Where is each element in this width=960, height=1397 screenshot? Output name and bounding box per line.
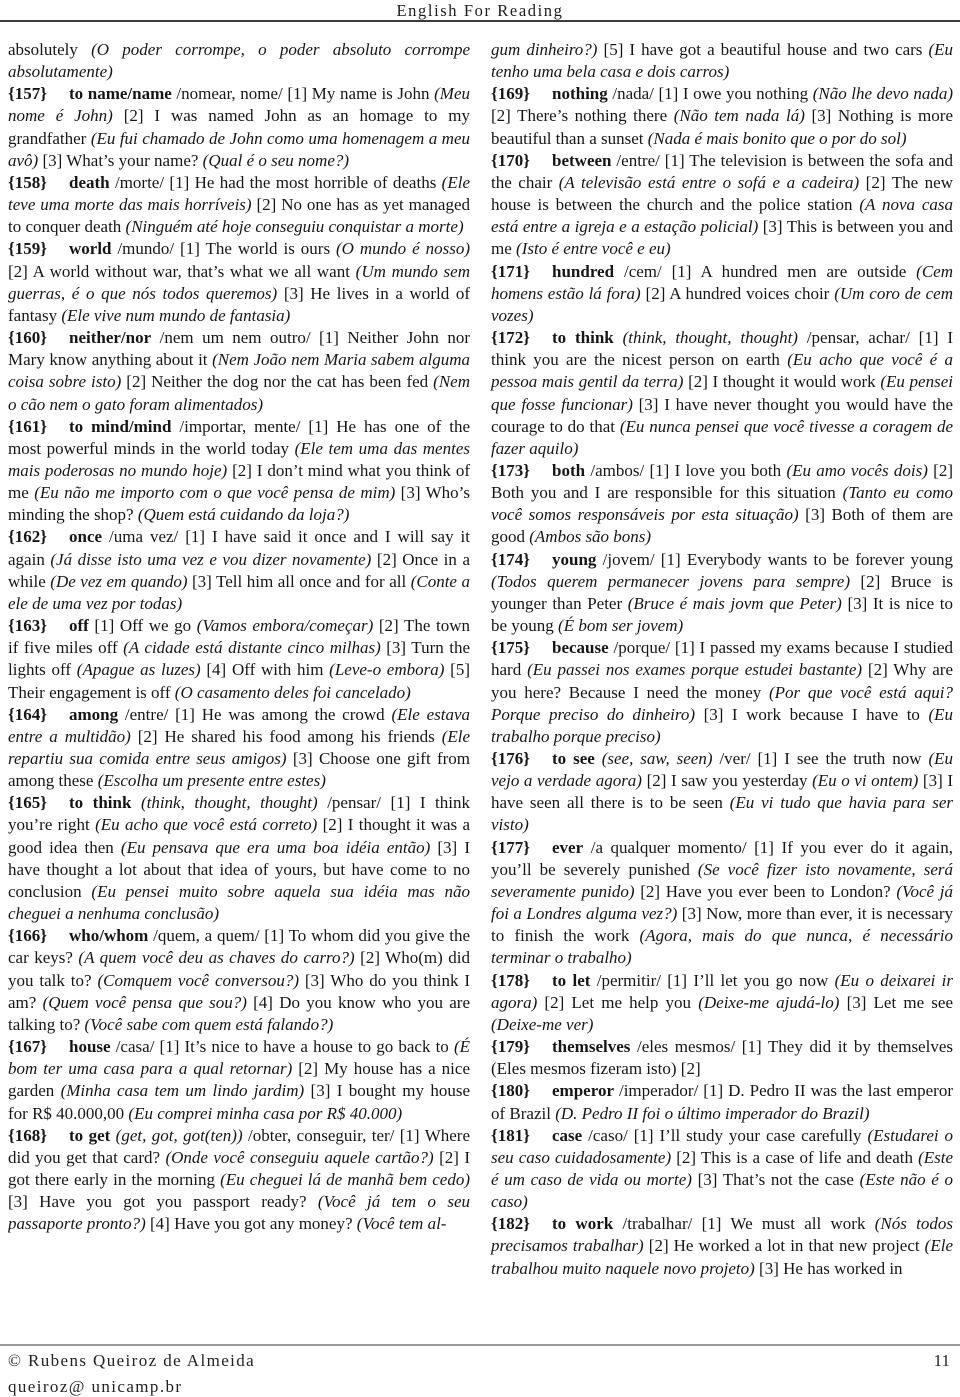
entry-number: {175} — [491, 638, 530, 657]
entry-segment-italic: (Vamos embora/começar) — [197, 616, 374, 635]
dictionary-entry: {179}themselves /eles mesmos/ [1] They d… — [491, 1036, 953, 1080]
entry-segment-italic: (Deixe-me ajudá-lo) — [698, 993, 839, 1012]
entry-segment: /trabalhar/ [1] We must all work — [613, 1214, 875, 1233]
entry-headword: to think — [552, 328, 614, 347]
entry-segment-italic: (think, thought, thought) — [614, 328, 798, 347]
entry-segment-italic: (D. Pedro II foi o último imperador do B… — [555, 1104, 869, 1123]
entry-segment-italic: (Isto é entre você e eu) — [516, 239, 671, 258]
entry-segment-italic: (Todos querem permanecer jovens para sem… — [491, 572, 850, 591]
entry-segment: /entre/ [1] He was among the crowd — [118, 705, 391, 724]
entry-segment-italic: (Você tem al- — [357, 1214, 447, 1233]
entry-number: {166} — [8, 926, 47, 945]
entry-segment-italic: (A cidade está distante cinco milhas) — [123, 638, 381, 657]
entry-segment: [2] He worked a lot in that new project — [644, 1236, 925, 1255]
dictionary-entry: {170}between /entre/ [1] The television … — [491, 150, 953, 261]
entry-segment-italic: (think, thought, thought) — [131, 793, 317, 812]
dictionary-entry: {178}to let /permitir/ [1] I’ll let you … — [491, 970, 953, 1036]
entry-number: {162} — [8, 527, 47, 546]
entry-segment-italic: (Eu comprei minha casa por R$ 40.000) — [128, 1104, 402, 1123]
entry-segment: [4] Off with him — [201, 660, 330, 679]
entry-number: {172} — [491, 328, 530, 347]
entry-number: {161} — [8, 417, 47, 436]
entry-segment-italic: (Ninguém até hoje conseguiu conquistar a… — [126, 217, 464, 236]
entry-segment-italic: gum dinheiro?) — [491, 40, 597, 59]
dictionary-entry: {181}case /caso/ [1] I’ll study your cas… — [491, 1125, 953, 1214]
dictionary-entry: {166}who/whom /quem, a quem/ [1] To whom… — [8, 925, 470, 1036]
entry-segment-italic: (Ambos são bons) — [529, 527, 651, 546]
entry-number: {180} — [491, 1081, 530, 1100]
entry-segment-italic: (Nada é mais bonito que o por do sol) — [648, 129, 907, 148]
dictionary-entry: {160}neither/nor /nem um nem outro/ [1] … — [8, 327, 470, 416]
entry-headword: between — [552, 151, 611, 170]
entry-headword: themselves — [552, 1037, 630, 1056]
entry-segment-italic: (É bom ser jovem) — [558, 616, 683, 635]
entry-segment: /ver/ [1] I see the truth now — [713, 749, 929, 768]
entry-number: {178} — [491, 971, 530, 990]
entry-segment: [2] Neither the dog nor the cat has been… — [121, 372, 433, 391]
entry-headword: world — [69, 239, 112, 258]
entry-segment-italic: (Quem você pensa que sou?) — [43, 993, 247, 1012]
entry-segment-italic: (Ele vive num mundo de fantasia) — [61, 306, 290, 325]
entry-segment-italic: (Eu passei nos exames porque estudei bas… — [527, 660, 862, 679]
dictionary-entry: {171}hundred /cem/ [1] A hundred men are… — [491, 261, 953, 327]
entry-headword: to name/name — [69, 84, 172, 103]
dictionary-entry: {174}young /jovem/ [1] Everybody wants t… — [491, 549, 953, 638]
entry-segment-italic: (Não tem nada lá) — [674, 106, 805, 125]
continuation-paragraph: gum dinheiro?) [5] I have got a beautifu… — [491, 39, 953, 83]
entry-number: {164} — [8, 705, 47, 724]
entry-segment: /nada/ [1] I owe you nothing — [608, 84, 813, 103]
entry-number: {160} — [8, 328, 47, 347]
entry-segment: /nomear, nome/ [1] My name is John — [172, 84, 434, 103]
entry-headword: nothing — [552, 84, 608, 103]
entry-segment-italic: (A televisão está entre o sofá e a cadei… — [559, 173, 859, 192]
entry-number: {176} — [491, 749, 530, 768]
entry-segment: [2] Have you ever been to London? — [635, 882, 897, 901]
entry-segment: [2] I thought it would work — [683, 372, 880, 391]
footer-copyright: © Rubens Queiroz de Almeida — [8, 1351, 255, 1371]
dictionary-entry: {164}among /entre/ [1] He was among the … — [8, 704, 470, 793]
entry-headword: to think — [69, 793, 131, 812]
entry-segment: [3] He has worked in — [755, 1259, 903, 1278]
entry-segment: /caso/ [1] I’ll study your case carefull… — [582, 1126, 867, 1145]
page-header: English For Reading — [0, 0, 960, 21]
dictionary-entry: {163}off [1] Off we go (Vamos embora/com… — [8, 615, 470, 704]
entry-number: {179} — [491, 1037, 530, 1056]
entry-headword: to let — [552, 971, 590, 990]
entry-segment-italic: (O mundo é nosso) — [336, 239, 470, 258]
entry-number: {181} — [491, 1126, 530, 1145]
entry-segment: [2] A world without war, that’s what we … — [8, 262, 356, 281]
dictionary-entry: {167}house /casa/ [1] It’s nice to have … — [8, 1036, 470, 1125]
entry-segment-italic: (Já disse isto uma vez e vou dizer novam… — [50, 550, 371, 569]
entry-segment: [2] I saw you yesterday — [642, 771, 812, 790]
entry-segment-italic: (Eu o vi ontem) — [812, 771, 918, 790]
dictionary-entry: {180}emperor /imperador/ [1] D. Pedro II… — [491, 1080, 953, 1124]
page-number: 11 — [934, 1351, 950, 1371]
entry-segment-italic: (Escolha um presente entre estes) — [98, 771, 326, 790]
entry-segment: [3] Have you got you passport ready? — [8, 1192, 318, 1211]
entry-headword: young — [552, 550, 596, 569]
dictionary-entry: {175}because /porque/ [1] I passed my ex… — [491, 637, 953, 748]
dictionary-entry: {165}to think (think, thought, thought) … — [8, 792, 470, 925]
entry-headword: among — [69, 705, 118, 724]
entry-number: {177} — [491, 838, 530, 857]
entry-segment: [3] Tell him all once and for all — [188, 572, 411, 591]
entry-segment-italic: (Comquem você conversou?) — [97, 971, 299, 990]
entry-segment-italic: (Bruce é mais jovm que Peter) — [628, 594, 842, 613]
column-left: absolutely (O poder corrompe, o poder ab… — [8, 39, 470, 1280]
dictionary-entry: {172}to think (think, thought, thought) … — [491, 327, 953, 460]
entry-segment-italic: (Eu não me importo com o que você pensa … — [34, 483, 395, 502]
dictionary-entry: {176}to see (see, saw, seen) /ver/ [1] I… — [491, 748, 953, 837]
entry-number: {158} — [8, 173, 47, 192]
entry-segment: /morte/ [1] He had the most horrible of … — [110, 173, 442, 192]
entry-segment-italic: (Apague as luzes) — [77, 660, 201, 679]
entry-headword: emperor — [552, 1081, 614, 1100]
entry-segment-italic: (Onde você conseguiu aquele cartão?) — [165, 1148, 433, 1167]
entry-headword: to work — [552, 1214, 613, 1233]
entry-headword: who/whom — [69, 926, 148, 945]
entry-segment-italic: (Eu cheguei lá de manhã bem cedo) — [220, 1170, 470, 1189]
dictionary-entry: {159}world /mundo/ [1] The world is ours… — [8, 238, 470, 327]
entry-segment-italic: (Quem está cuidando da loja?) — [138, 505, 350, 524]
entry-segment: /jovem/ [1] Everybody wants to be foreve… — [596, 550, 953, 569]
entry-segment-italic: (Você sabe com quem está falando?) — [84, 1015, 333, 1034]
entry-number: {171} — [491, 262, 530, 281]
entry-headword: to mind/mind — [69, 417, 171, 436]
entry-segment: /cem/ [1] A hundred men are outside — [614, 262, 916, 281]
entry-segment: /permitir/ [1] I’ll let you go now — [590, 971, 834, 990]
entry-segment-italic: (get, got, got(ten)) — [110, 1126, 242, 1145]
continuation-paragraph: absolutely (O poder corrompe, o poder ab… — [8, 39, 470, 83]
entry-number: {157} — [8, 84, 47, 103]
dictionary-entry: {169}nothing /nada/ [1] I owe you nothin… — [491, 83, 953, 149]
entry-number: {167} — [8, 1037, 47, 1056]
dictionary-entry: {161}to mind/mind /importar, mente/ [1] … — [8, 416, 470, 527]
header-rule — [0, 20, 960, 22]
entry-segment: [4] Have you got any money? — [146, 1214, 357, 1233]
entry-segment-italic: (Não lhe devo nada) — [813, 84, 953, 103]
entry-segment-italic: (A quem você deu as chaves do carro?) — [78, 948, 354, 967]
entry-headword: death — [69, 173, 110, 192]
entry-headword: because — [552, 638, 609, 657]
entry-headword: both — [552, 461, 585, 480]
footer-email: queiroz@ unicamp.br — [8, 1377, 182, 1397]
entry-segment-italic: (Eu acho que você está correto) — [95, 815, 317, 834]
dictionary-entry: {182}to work /trabalhar/ [1] We must all… — [491, 1213, 953, 1279]
entry-segment: absolutely — [8, 40, 91, 59]
page-body: absolutely (O poder corrompe, o poder ab… — [8, 39, 953, 1280]
entry-number: {165} — [8, 793, 47, 812]
entry-segment: [2] There’s nothing there — [491, 106, 674, 125]
entry-segment: /ambos/ [1] I love you both — [585, 461, 786, 480]
entry-segment-italic: (Eu amo vocês dois) — [786, 461, 927, 480]
entry-headword: to see — [552, 749, 595, 768]
entry-segment: [2] Let me help you — [537, 993, 698, 1012]
dictionary-entry: {157}to name/name /nomear, nome/ [1] My … — [8, 83, 470, 172]
entry-segment: [2] He shared his food among his friends — [131, 727, 442, 746]
entry-headword: hundred — [552, 262, 614, 281]
entry-segment-italic: (Qual é o seu nome?) — [203, 151, 349, 170]
entry-segment-italic: (see, saw, seen) — [595, 749, 713, 768]
entry-headword: ever — [552, 838, 583, 857]
entry-segment-italic: (O casamento deles foi cancelado) — [175, 683, 411, 702]
entry-number: {169} — [491, 84, 530, 103]
entry-headword: once — [69, 527, 102, 546]
entry-segment-italic: (Leve-o embora) — [329, 660, 444, 679]
entry-segment: [3] I work because I have to — [695, 705, 928, 724]
entry-number: {170} — [491, 151, 530, 170]
dictionary-entry: {158}death /morte/ [1] He had the most h… — [8, 172, 470, 238]
entry-segment: [2] This is a case of life and death — [671, 1148, 918, 1167]
entry-number: {174} — [491, 550, 530, 569]
entry-number: {168} — [8, 1126, 47, 1145]
dictionary-entry: {173}both /ambos/ [1] I love you both (E… — [491, 460, 953, 549]
entry-segment: /mundo/ [1] The world is ours — [112, 239, 337, 258]
entry-headword: house — [69, 1037, 111, 1056]
dictionary-entry: {162}once /uma vez/ [1] I have said it o… — [8, 526, 470, 615]
entry-headword: to get — [69, 1126, 110, 1145]
column-right: gum dinheiro?) [5] I have got a beautifu… — [491, 39, 953, 1280]
entry-number: {182} — [491, 1214, 530, 1233]
entry-segment: [3] Let me see — [839, 993, 953, 1012]
entry-headword: case — [552, 1126, 582, 1145]
entry-segment: [3] That’s not the case — [692, 1170, 860, 1189]
footer-rule — [0, 1344, 960, 1346]
entry-number: {163} — [8, 616, 47, 635]
entry-segment: [2] A hundred voices choir — [641, 284, 835, 303]
entry-segment: [1] Off we go — [89, 616, 197, 635]
dictionary-entry: {168}to get (get, got, got(ten)) /obter,… — [8, 1125, 470, 1236]
entry-segment-italic: (De vez em quando) — [50, 572, 187, 591]
entry-number: {159} — [8, 239, 47, 258]
entry-number: {173} — [491, 461, 530, 480]
entry-segment-italic: (Deixe-me ver) — [491, 1015, 593, 1034]
entry-segment: /casa/ [1] It’s nice to have a house to … — [111, 1037, 454, 1056]
entry-segment: [3] What’s your name? — [38, 151, 202, 170]
entry-headword: neither/nor — [69, 328, 151, 347]
page-header-title: English For Reading — [397, 0, 564, 21]
entry-segment-italic: (Eu pensava que era uma boa idéia então) — [121, 838, 430, 857]
entry-segment: [5] I have got a beautiful house and two… — [597, 40, 928, 59]
dictionary-entry: {177}ever /a qualquer momento/ [1] If yo… — [491, 837, 953, 970]
entry-headword: off — [69, 616, 89, 635]
entry-segment-italic: (Minha casa tem um lindo jardim) — [61, 1081, 305, 1100]
